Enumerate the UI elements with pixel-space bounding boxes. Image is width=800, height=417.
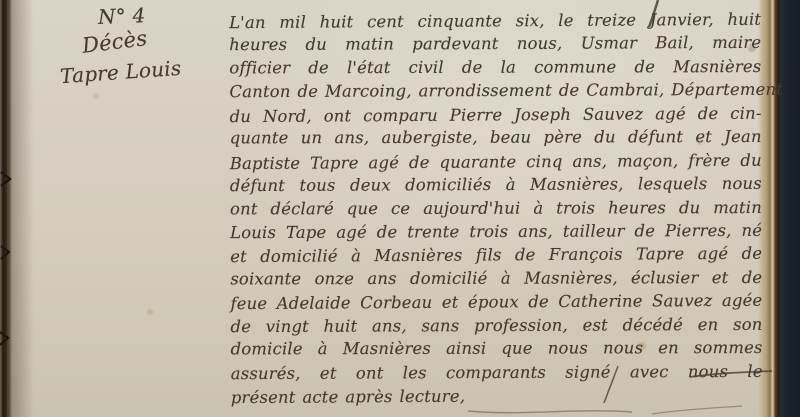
manuscript-line: soixante onze ans domicilié à Masnières,… <box>230 266 762 291</box>
manuscript-text: L'an mil huit cent cinquante six, le tre… <box>229 8 763 409</box>
gutter-shadow <box>8 0 34 417</box>
manuscript-line: Louis Tape agé de trente trois ans, tail… <box>230 219 762 245</box>
manuscript-line: présent acte après lecture, <box>231 383 763 410</box>
manuscript-line: ont déclaré que ce aujourd'hui à trois h… <box>230 196 762 221</box>
manuscript-line: domicile à Masnières ainsi que nous nous… <box>231 336 763 361</box>
act-number: N° 4 <box>98 3 146 29</box>
manuscript-line: défunt tous deux domiciliés à Masnières,… <box>230 172 762 198</box>
book-cover-background <box>780 0 800 417</box>
manuscript-line: L'an mil huit cent cinquante six, le tre… <box>229 8 761 35</box>
manuscript-line: de vingt huit ans, sans profession, est … <box>230 313 762 339</box>
manuscript-line: assurés, et ont les comparants signé ave… <box>231 359 763 385</box>
manuscript-line: Canton de Marcoing, arrondissement de Ca… <box>229 78 761 104</box>
manuscript-line: quante un ans, aubergiste, beau père du … <box>230 125 762 150</box>
manuscript-line: feue Adelaide Corbeau et époux de Cather… <box>230 289 762 316</box>
manuscript-line: Baptiste Tapre agé de quarante cinq ans,… <box>230 148 762 175</box>
scanned-register-photo: N° 4 Décès Tapre Louis L'an mil huit cen… <box>0 0 800 417</box>
manuscript-line: officier de l'état civil de la commune d… <box>229 55 761 80</box>
manuscript-line: et domicilié à Masnières fils de Françoi… <box>230 242 762 269</box>
manuscript-line: heures du matin pardevant nous, Usmar Ba… <box>229 31 761 57</box>
